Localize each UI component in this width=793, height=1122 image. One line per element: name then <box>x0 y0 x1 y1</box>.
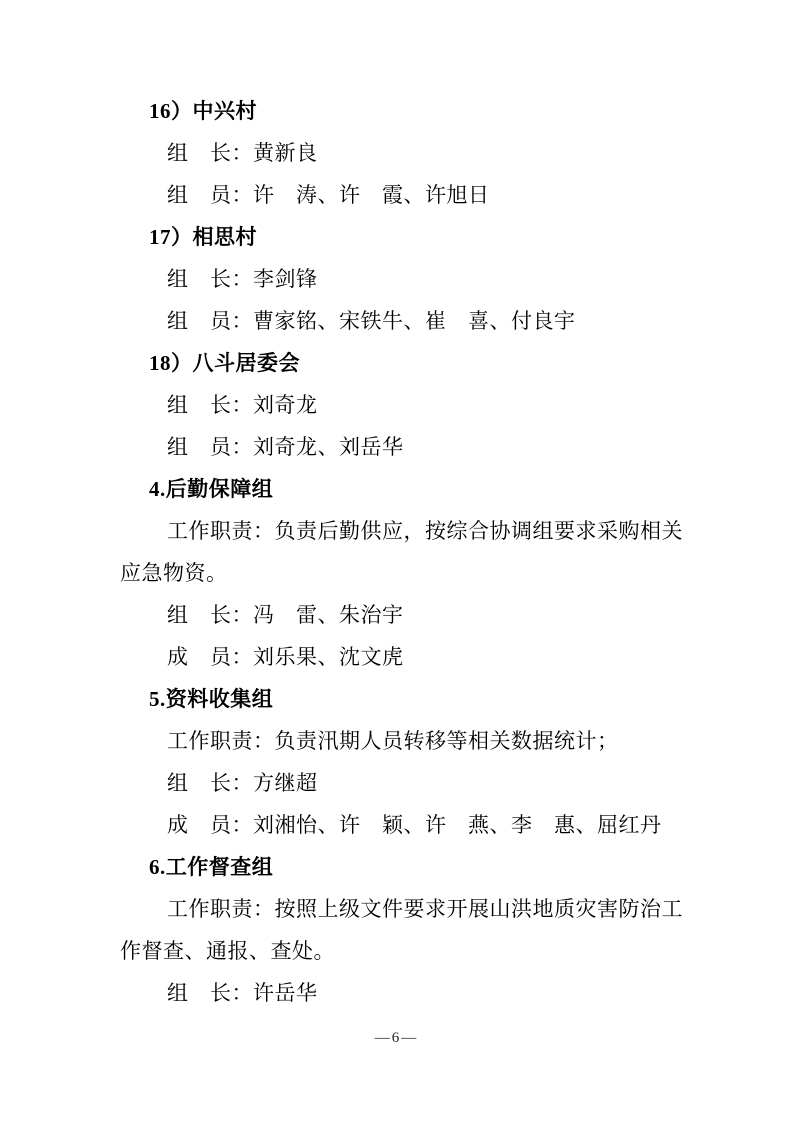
text-line: 应急物资。 <box>120 552 672 594</box>
text-line: 工作职责：按照上级文件要求开展山洪地质灾害防治工 <box>120 888 672 930</box>
text-line: 工作职责：负责后勤供应，按综合协调组要求采购相关 <box>120 510 672 552</box>
text-line: 工作职责：负责汛期人员转移等相关数据统计； <box>120 720 672 762</box>
text-line: 成 员：刘乐果、沈文虎 <box>120 636 672 678</box>
section-heading: 16）中兴村 <box>120 90 672 132</box>
text-line: 组 长：方继超 <box>120 762 672 804</box>
section-heading: 18）八斗居委会 <box>120 342 672 384</box>
document-page: 16）中兴村组 长：黄新良组 员：许 涛、许 霞、许旭日17）相思村组 长：李剑… <box>0 0 793 1122</box>
text-line: 组 长：许岳华 <box>120 972 672 1014</box>
text-line: 组 长：李剑锋 <box>120 258 672 300</box>
text-line: 组 员：许 涛、许 霞、许旭日 <box>120 174 672 216</box>
text-line: 组 员：曹家铭、宋铁牛、崔 喜、付良宇 <box>120 300 672 342</box>
section-heading: 6.工作督查组 <box>120 846 672 888</box>
text-line: 成 员：刘湘怡、许 颖、许 燕、李 惠、屈红丹 <box>120 804 672 846</box>
text-line: 组 长：刘奇龙 <box>120 384 672 426</box>
document-body: 16）中兴村组 长：黄新良组 员：许 涛、许 霞、许旭日17）相思村组 长：李剑… <box>120 90 672 1014</box>
text-line: 作督查、通报、查处。 <box>120 930 672 972</box>
text-line: 组 长：冯 雷、朱治宇 <box>120 594 672 636</box>
section-heading: 5.资料收集组 <box>120 678 672 720</box>
text-line: 组 长：黄新良 <box>120 132 672 174</box>
section-heading: 4.后勤保障组 <box>120 468 672 510</box>
section-heading: 17）相思村 <box>120 216 672 258</box>
page-number: —6— <box>0 1030 793 1047</box>
text-line: 组 员：刘奇龙、刘岳华 <box>120 426 672 468</box>
